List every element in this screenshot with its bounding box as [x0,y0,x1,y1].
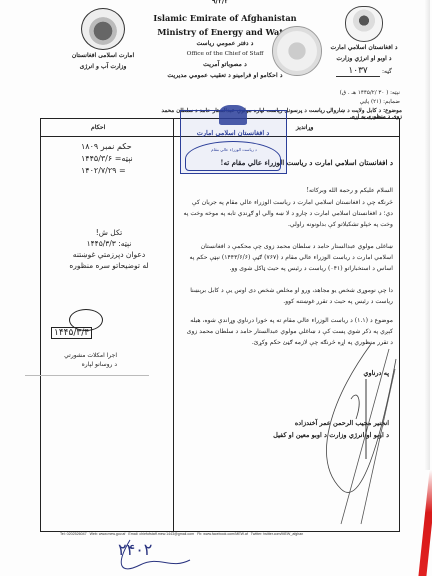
header-right-line2: د اوبو او انرژي وزارت [324,53,404,64]
paragraph-3: دا چې نوموړی شخص يو مجاهد، ورو او مخلص ش… [183,285,393,307]
signature-icon [311,339,401,529]
registration-number: ۱۰۳۷ [336,66,380,77]
column-header-proposal: وړاندیز [296,124,313,131]
column-header-orders: احکام [91,124,105,131]
page-edge-shadow [424,0,430,470]
footer-facebook: Fb: www.facebook.com/MEW.af [197,532,248,536]
handwritten-stamp-block: ۱۴۴۵/۳/۴ [51,309,115,345]
header-left-line2: وزارت آب و انرژی [58,61,148,72]
handwritten-date-solar: = ۱۴۰۲/۷/۲۹ [81,165,161,177]
header-sub-directorate: د احکامو او فرامينو د تعقيب عمومي مديريت [150,70,300,81]
handwritten-order-number: حکم نمبر ۱۸۰۹ [81,141,161,153]
paragraph-2: ښاغلی مولوي عبدالستار حامد د سلطان محمد … [183,241,393,274]
handwritten-note-3: دعوان دپرزمتي غوښتنه [49,249,169,260]
top-reference-number: ۹/۲/۲ [210,0,230,5]
faint-rule [25,375,149,376]
handwritten-note-block: تکل ش! نېټه: ۱۴۴۵/۳/۳ دعوان دپرزمتي غوښت… [49,227,169,271]
stamp-subtitle: د رياست الوزراء عالي مقام [201,147,267,153]
bottom-scribble-icon [110,535,200,576]
greeting-line: السلام عليکم و رحمة الله وبرکاته! [183,185,393,196]
registration-label: گڼه: [382,68,392,75]
document-page: ۹/۲/۲ امارت اسلامی افغانستان وزارت آب و … [0,0,432,576]
header-left-line1: امارت اسلامی افغانستان [58,50,148,61]
handwritten-forward-1: اجرا امکلات مشورتي [47,351,117,360]
footer-twitter: Twitter: twitter.com/MEW_afghan [251,532,304,536]
stamp-title: د افغانستان اسلامي امارت [185,129,281,137]
proposal-table: احکام وړاندیز د افغانستان اسلامي امارت د… [40,118,400,532]
header-right: د افغانستان اسلامي امارت د اوبو او انرژي… [324,6,404,77]
paragraph-1: څرنګه چې د افغانستان اسلامي امارت د رياس… [183,197,393,230]
handwritten-order-block: حکم نمبر ۱۸۰۹ نېټه= ۱۴۴۵/۳/۶ = ۱۴۰۲/۷/۲۹ [81,141,161,177]
footer-contacts: Tel: 0202526047 Web: www.mew.gov.af Emai… [60,532,380,536]
stamp-crest-icon [219,105,247,125]
footer-tel: Tel: 0202526047 [60,532,87,536]
handwritten-note-1: تکل ش! [49,227,169,238]
attachments-line: ضمايم: (۲۱) پاڼې [300,99,400,105]
header-right-line1: د افغانستان اسلامي امارت [324,42,404,53]
handwritten-forward-block: اجرا امکلات مشورتي د روسانو لپاره [47,351,117,369]
ministry-emblem-icon [81,8,125,50]
handwritten-note-2: نېټه: ۱۴۴۵/۳/۳ [49,238,169,249]
header-left: امارت اسلامی افغانستان وزارت آب و انرژی [58,8,148,72]
handwritten-note-4: له توضيحاتو سره منظوره [49,260,169,271]
date-line: نېټه: ( ۳۰ /۱۴۴۵/۲ هـ . ق) [300,90,400,96]
handwritten-forward-2: د روسانو لپاره [47,360,117,369]
blue-official-stamp: د افغانستان اسلامي امارت د رياست الوزراء… [180,110,287,174]
header-emirate-name: Islamic Emirate of Afghanistan [150,12,300,24]
column-divider [173,119,174,531]
round-seal-stamp-icon [272,26,322,76]
red-background-edge [418,470,432,576]
emirate-emblem-icon [345,6,383,42]
stamp-arc [185,141,281,171]
handwritten-date-hijri: نېټه= ۱۴۴۵/۳/۶ [81,153,161,165]
registration-row: گڼه: ۱۰۳۷ [324,66,404,77]
stamp-date: ۱۴۴۵/۳/۴ [51,327,92,339]
